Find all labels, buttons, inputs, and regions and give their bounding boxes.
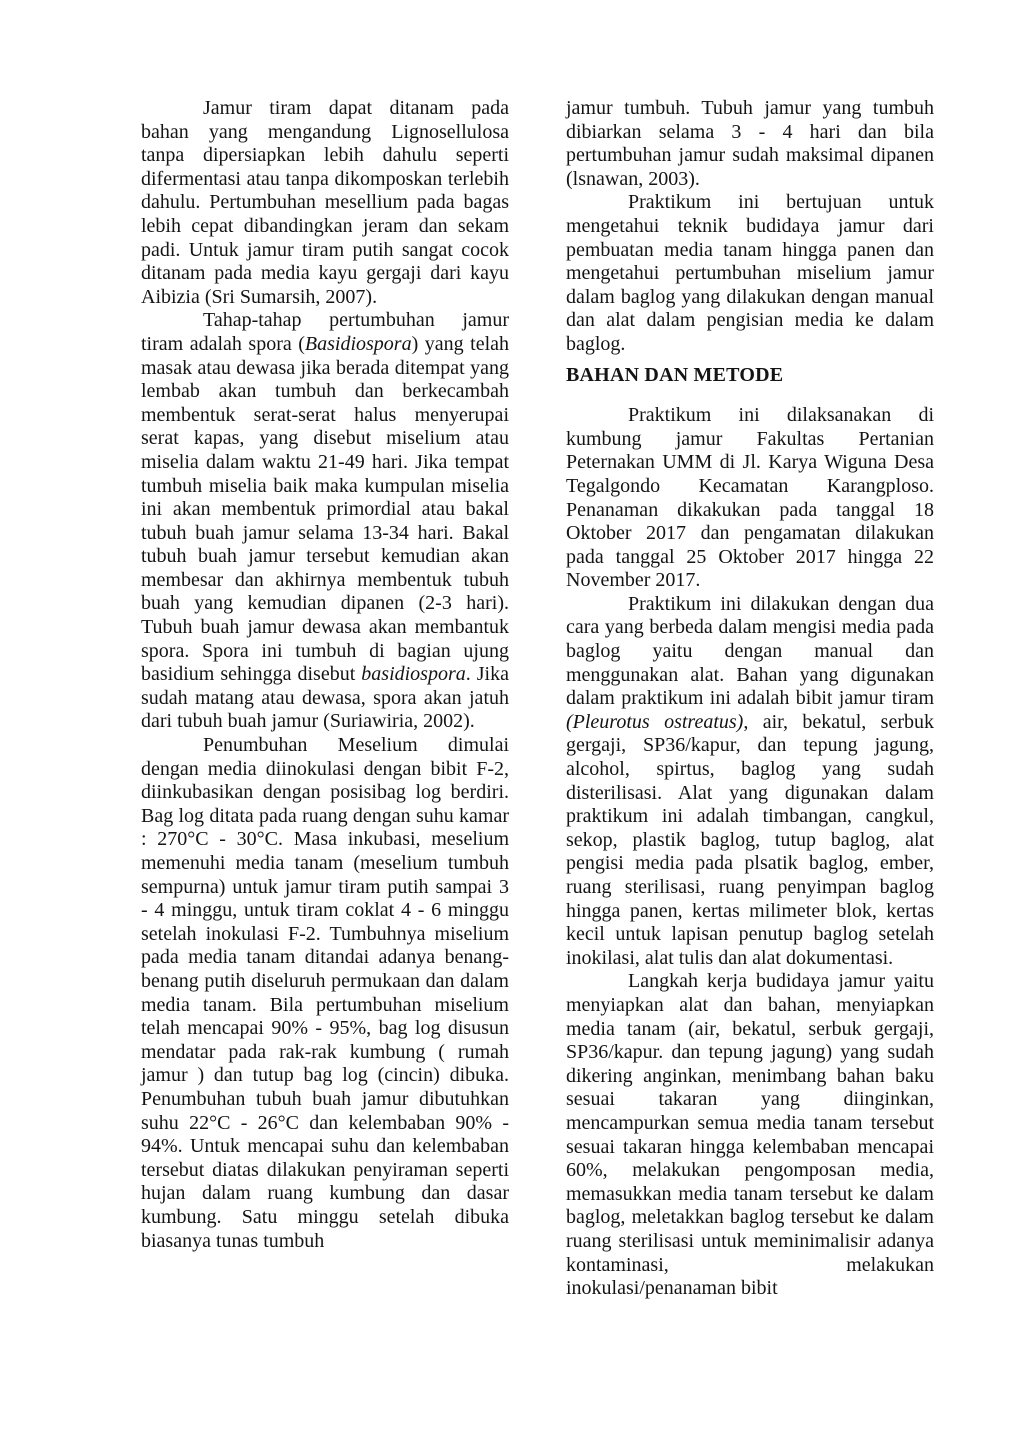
paragraph-penumbuhan-meselium: Penumbuhan Meselium dimulai dengan media… xyxy=(141,734,509,1253)
left-column: Jamur tiram dapat ditanam pada bahan yan… xyxy=(141,97,509,1253)
text-run: Praktikum ini dilaksanakan di kumbung ja… xyxy=(566,404,934,591)
document-page: Jamur tiram dapat ditanam pada bahan yan… xyxy=(0,0,1024,1449)
paragraph-tujuan-praktikum: Praktikum ini bertujuan untuk mengetahui… xyxy=(566,191,934,356)
text-run: , air, bekatul, serbuk gergaji, SP36/kap… xyxy=(566,711,934,969)
paragraph-tahap-pertumbuhan: Tahap-tahap pertumbuhan jamur tiram adal… xyxy=(141,309,509,734)
paragraph-langkah-kerja: Langkah kerja budidaya jamur yaitu menyi… xyxy=(566,970,934,1300)
paragraph-bahan-dan-alat: Praktikum ini dilakukan dengan dua cara … xyxy=(566,593,934,971)
text-run: ) yang telah masak atau dewasa jika bera… xyxy=(141,333,509,685)
section-heading-bahan-dan-metode: BAHAN DAN METODE xyxy=(566,364,934,388)
italic-text-run: (Pleurotus ostreatus) xyxy=(566,711,743,733)
right-column: jamur tumbuh. Tubuh jamur yang tumbuh di… xyxy=(566,97,934,1301)
text-run: Penumbuhan Meselium dimulai dengan media… xyxy=(141,734,509,1251)
text-run: Jamur tiram dapat ditanam pada bahan yan… xyxy=(141,97,509,308)
paragraph-panen-lanjutan: jamur tumbuh. Tubuh jamur yang tumbuh di… xyxy=(566,97,934,191)
italic-text-run: Basidiospora xyxy=(305,333,412,355)
text-run: Langkah kerja budidaya jamur yaitu menyi… xyxy=(566,970,934,1299)
text-run: Praktikum ini dilakukan dengan dua cara … xyxy=(566,593,934,709)
italic-text-run: basidiospora xyxy=(361,663,465,685)
text-run: jamur tumbuh. Tubuh jamur yang tumbuh di… xyxy=(566,97,934,190)
text-run: Praktikum ini bertujuan untuk mengetahui… xyxy=(566,191,934,355)
paragraph-intro-jamur-tiram: Jamur tiram dapat ditanam pada bahan yan… xyxy=(141,97,509,309)
paragraph-lokasi-waktu-praktikum: Praktikum ini dilaksanakan di kumbung ja… xyxy=(566,404,934,593)
